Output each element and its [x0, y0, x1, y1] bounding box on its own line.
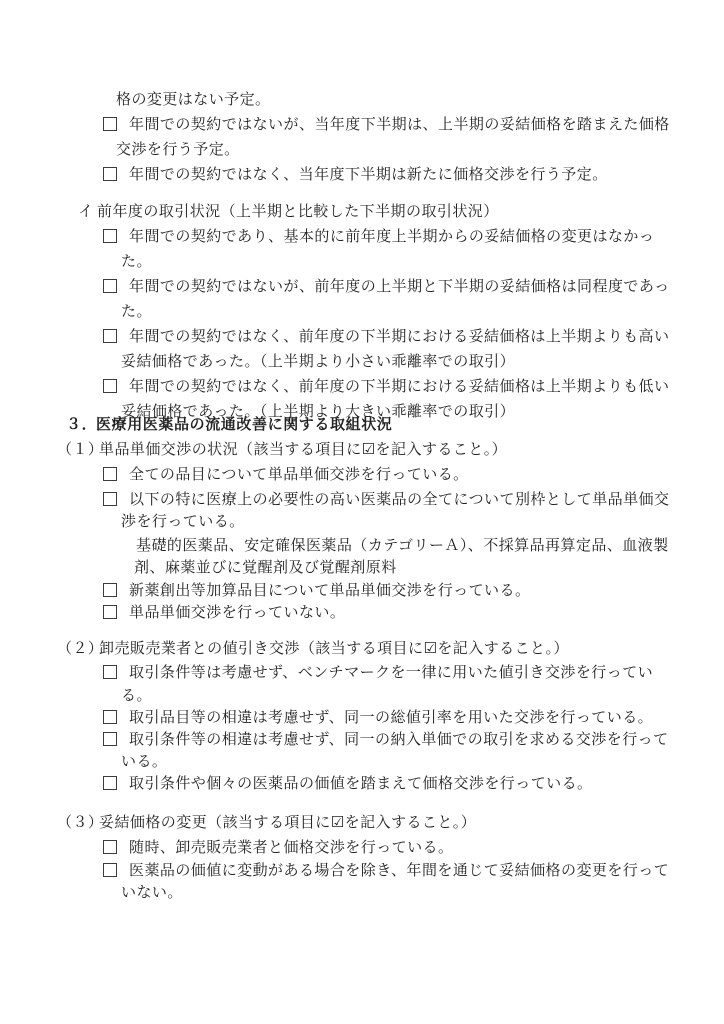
checkbox-item-line: 年間での契約ではなく、当年度下半期は新たに価格交渉を行う予定。: [0, 164, 724, 189]
line-text: いない。: [121, 882, 183, 903]
checkbox-item-line: 随時、卸売販売業者と価格交渉を行っている。: [0, 837, 724, 862]
line-text: る。: [121, 685, 152, 706]
text-line: 剤、麻薬並びに覚醒剤及び覚醒剤原料: [0, 557, 724, 582]
line-text: 医薬品の価値に変動がある場合を除き、年間を通じて妥結価格の変更を行って: [129, 860, 669, 881]
line-text: 取引条件等は考慮せず、ベンチマークを一律に用いた値引き交渉を行ってい: [129, 662, 653, 683]
checkbox-item-line: 年間での契約ではないが、前年度の上半期と下半期の妥結価格は同程度であっ: [0, 276, 724, 301]
line-text: 取引条件や個々の医薬品の価値を踏まえて価格交渉を行っている。: [129, 773, 593, 794]
checkbox-item-line: 年間での契約ではないが、当年度下半期は、上半期の妥結価格を踏まえた価格: [0, 114, 724, 139]
line-text: 前年度の取引状況（上半期と比較した下半期の取引状況）: [97, 201, 499, 222]
item-marker: イ: [78, 201, 93, 222]
text-line: た。: [0, 251, 724, 276]
item-marker: （３）: [57, 812, 103, 833]
line-text: 年間での契約ではなく、前年度の下半期における妥結価格は上半期よりも高い: [129, 326, 669, 347]
section-heading-line: （２）卸売販売業者との値引き交渉（該当する項目に☑を記入すること。）: [0, 638, 724, 663]
line-text: た。: [121, 301, 152, 322]
document-page: 格の変更はない予定。年間での契約ではないが、当年度下半期は、上半期の妥結価格を踏…: [0, 0, 724, 1024]
line-text: 以下の特に医療上の必要性の高い医薬品の全てについて別枠として単品単価交: [129, 489, 669, 510]
checkbox[interactable]: [103, 665, 117, 679]
checkbox-item-line: 年間での契約ではなく、前年度の下半期における妥結価格は上半期よりも高い: [0, 326, 724, 351]
text-line: 交渉を行う予定。: [0, 139, 724, 164]
line-text: 卸売販売業者との値引き交渉（該当する項目に☑を記入すること。）: [99, 638, 569, 659]
checkbox[interactable]: [103, 492, 117, 506]
line-text: 随時、卸売販売業者と価格交渉を行っている。: [129, 837, 453, 858]
text-line: いない。: [0, 882, 724, 907]
line-text: 交渉を行う予定。: [116, 139, 240, 160]
checkbox-item-line: 全ての品目について単品単価交渉を行っている。: [0, 464, 724, 489]
line-text: 年間での契約ではないが、前年度の上半期と下半期の妥結価格は同程度であっ: [129, 276, 670, 297]
checkbox[interactable]: [103, 467, 117, 481]
checkbox[interactable]: [103, 583, 117, 597]
line-text: 年間での契約ではないが、当年度下半期は、上半期の妥結価格を踏まえた価格: [129, 114, 670, 135]
checkbox[interactable]: [103, 167, 117, 181]
checkbox[interactable]: [103, 863, 117, 877]
checkbox-item-line: 年間での契約であり、基本的に前年度上半期からの妥結価格の変更はなかっ: [0, 226, 724, 251]
checkbox[interactable]: [103, 117, 117, 131]
item-marker: （１）: [57, 439, 103, 460]
text-line: 渉を行っている。: [0, 511, 724, 536]
item-marker: （２）: [57, 638, 103, 659]
line-text: 格の変更はない予定。: [116, 89, 271, 110]
line-text: 医療用医薬品の流通改善に関する取組状況: [96, 414, 392, 435]
section-heading-line: （１）単品単価交渉の状況（該当する項目に☑を記入すること。）: [0, 439, 724, 464]
checkbox[interactable]: [103, 229, 117, 243]
section-heading-line: （３）妥結価格の変更（該当する項目に☑を記入すること。）: [0, 812, 724, 837]
line-text: 年間での契約ではなく、前年度の下半期における妥結価格は上半期よりも低い: [129, 376, 669, 397]
line-text: 年間での契約ではなく、当年度下半期は新たに価格交渉を行う予定。: [129, 164, 608, 185]
line-text: 妥結価格であった。（上半期より小さい乖離率での取引）: [121, 351, 515, 372]
checkbox[interactable]: [103, 710, 117, 724]
checkbox[interactable]: [103, 605, 117, 619]
line-text: 取引品目等の相違は考慮せず、同一の総値引率を用いた交渉を行っている。: [129, 707, 653, 728]
checkbox[interactable]: [103, 329, 117, 343]
line-text: 新薬創出等加算品目について単品単価交渉を行っている。: [129, 580, 530, 601]
checkbox-item-line: 取引条件等は考慮せず、ベンチマークを一律に用いた値引き交渉を行ってい: [0, 662, 724, 687]
checkbox-item-line: 年間での契約ではなく、前年度の下半期における妥結価格は上半期よりも低い: [0, 376, 724, 401]
checkbox[interactable]: [103, 379, 117, 393]
line-text: 年間での契約であり、基本的に前年度上半期からの妥結価格の変更はなかっ: [129, 226, 654, 247]
line-text: 妥結価格の変更（該当する項目に☑を記入すること。）: [99, 812, 476, 833]
checkbox-item-line: 取引条件や個々の医薬品の価値を踏まえて価格交渉を行っている。: [0, 773, 724, 798]
line-text: 基礎的医薬品、安定確保医薬品（カテゴリーＡ）、不採算品再算定品、血液製: [136, 535, 669, 556]
checkbox[interactable]: [103, 840, 117, 854]
line-text: た。: [121, 251, 152, 272]
line-text: 単品単価交渉の状況（該当する項目に☑を記入すること。）: [99, 439, 507, 460]
checkbox-item-line: 単品単価交渉を行っていない。: [0, 602, 724, 627]
line-text: いる。: [121, 751, 167, 772]
line-text: 単品単価交渉を行っていない。: [129, 602, 345, 623]
checkbox[interactable]: [103, 776, 117, 790]
line-text: 剤、麻薬並びに覚醒剤及び覚醒剤原料: [134, 557, 397, 578]
section-heading-line: ３．医療用医薬品の流通改善に関する取組状況: [0, 414, 724, 439]
section-heading-line: イ前年度の取引状況（上半期と比較した下半期の取引状況）: [0, 201, 724, 226]
checkbox[interactable]: [103, 279, 117, 293]
checkbox[interactable]: [103, 732, 117, 746]
line-text: 渉を行っている。: [121, 511, 245, 532]
text-line: た。: [0, 301, 724, 326]
item-marker: ３．: [66, 414, 97, 435]
text-line: 格の変更はない予定。: [0, 89, 724, 114]
line-text: 取引条件等の相違は考慮せず、同一の納入単価での取引を求める交渉を行って: [129, 729, 669, 750]
text-line: 妥結価格であった。（上半期より小さい乖離率での取引）: [0, 351, 724, 376]
line-text: 全ての品目について単品単価交渉を行っている。: [129, 464, 469, 485]
